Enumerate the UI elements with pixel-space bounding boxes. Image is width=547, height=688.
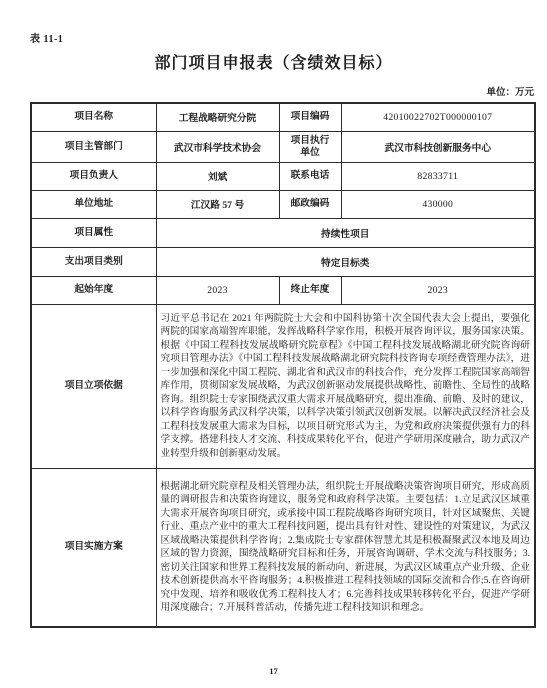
field-label-project-name: 项目名称 [31, 103, 156, 131]
table-number-label: 表 11-1 [30, 30, 63, 45]
field-label-unit-address: 单位地址 [31, 190, 156, 218]
field-label-executing-unit: 项目执行 单位 [279, 131, 341, 162]
field-value-expenditure-category: 特定目标类 [156, 247, 535, 276]
project-application-table: 项目名称 工程战略研究分院 项目编码 42010022702T000000107… [30, 102, 536, 628]
field-value-project-basis: 习近平总书记在 2021 年两院院士大会和中国科协第十次全国代表大会上提出，要强… [156, 304, 535, 468]
field-label-start-year: 起始年度 [31, 276, 156, 304]
field-label-postal-code: 邮政编码 [279, 190, 341, 218]
row-address: 单位地址 江汉路 57 号 邮政编码 430000 [31, 190, 535, 218]
row-years: 起始年度 2023 终止年度 2023 [31, 276, 535, 304]
field-value-project-attribute: 持续性项目 [156, 218, 535, 247]
unit-note: 单位：万元 [486, 84, 534, 98]
field-label-project-code: 项目编码 [279, 103, 341, 131]
field-label-end-year: 终止年度 [279, 276, 341, 304]
field-label-competent-department: 项目主管部门 [31, 131, 156, 162]
field-value-competent-department: 武汉市科学技术协会 [156, 131, 279, 162]
row-leader: 项目负责人 刘斌 联系电话 82833711 [31, 162, 535, 190]
page-number: 17 [0, 666, 547, 676]
field-value-implementation-plan: 根据湖北研究院章程及相关管理办法，组织院士开展战略决策咨询项目研究，形成高质量的… [156, 468, 535, 627]
row-project-name: 项目名称 工程战略研究分院 项目编码 42010022702T000000107 [31, 103, 535, 131]
field-value-end-year: 2023 [341, 276, 535, 304]
field-label-contact-phone: 联系电话 [279, 162, 341, 190]
field-value-start-year: 2023 [156, 276, 279, 304]
row-project-attribute: 项目属性 持续性项目 [31, 218, 535, 247]
page-title: 部门项目申报表（含绩效目标） [0, 50, 547, 73]
field-value-project-name: 工程战略研究分院 [156, 103, 279, 131]
row-department: 项目主管部门 武汉市科学技术协会 项目执行 单位 武汉市科技创新服务中心 [31, 131, 535, 162]
field-value-executing-unit: 武汉市科技创新服务中心 [341, 131, 535, 162]
field-label-implementation-plan: 项目实施方案 [31, 468, 156, 627]
field-label-project-attribute: 项目属性 [31, 218, 156, 247]
field-value-project-code: 42010022702T000000107 [341, 103, 535, 131]
field-label-project-leader: 项目负责人 [31, 162, 156, 190]
row-expenditure-category: 支出项目类别 特定目标类 [31, 247, 535, 276]
document-page: 表 11-1 部门项目申报表（含绩效目标） 单位：万元 项目名称 工程战略研究分… [0, 0, 547, 688]
row-project-basis: 项目立项依据 习近平总书记在 2021 年两院院士大会和中国科协第十次全国代表大… [31, 304, 535, 468]
row-implementation-plan: 项目实施方案 根据湖北研究院章程及相关管理办法，组织院士开展战略决策咨询项目研究… [31, 468, 535, 627]
field-label-project-basis: 项目立项依据 [31, 304, 156, 468]
field-value-postal-code: 430000 [341, 190, 535, 218]
field-value-contact-phone: 82833711 [341, 162, 535, 190]
field-label-expenditure-category: 支出项目类别 [31, 247, 156, 276]
field-value-project-leader: 刘斌 [156, 162, 279, 190]
field-value-unit-address: 江汉路 57 号 [156, 190, 279, 218]
